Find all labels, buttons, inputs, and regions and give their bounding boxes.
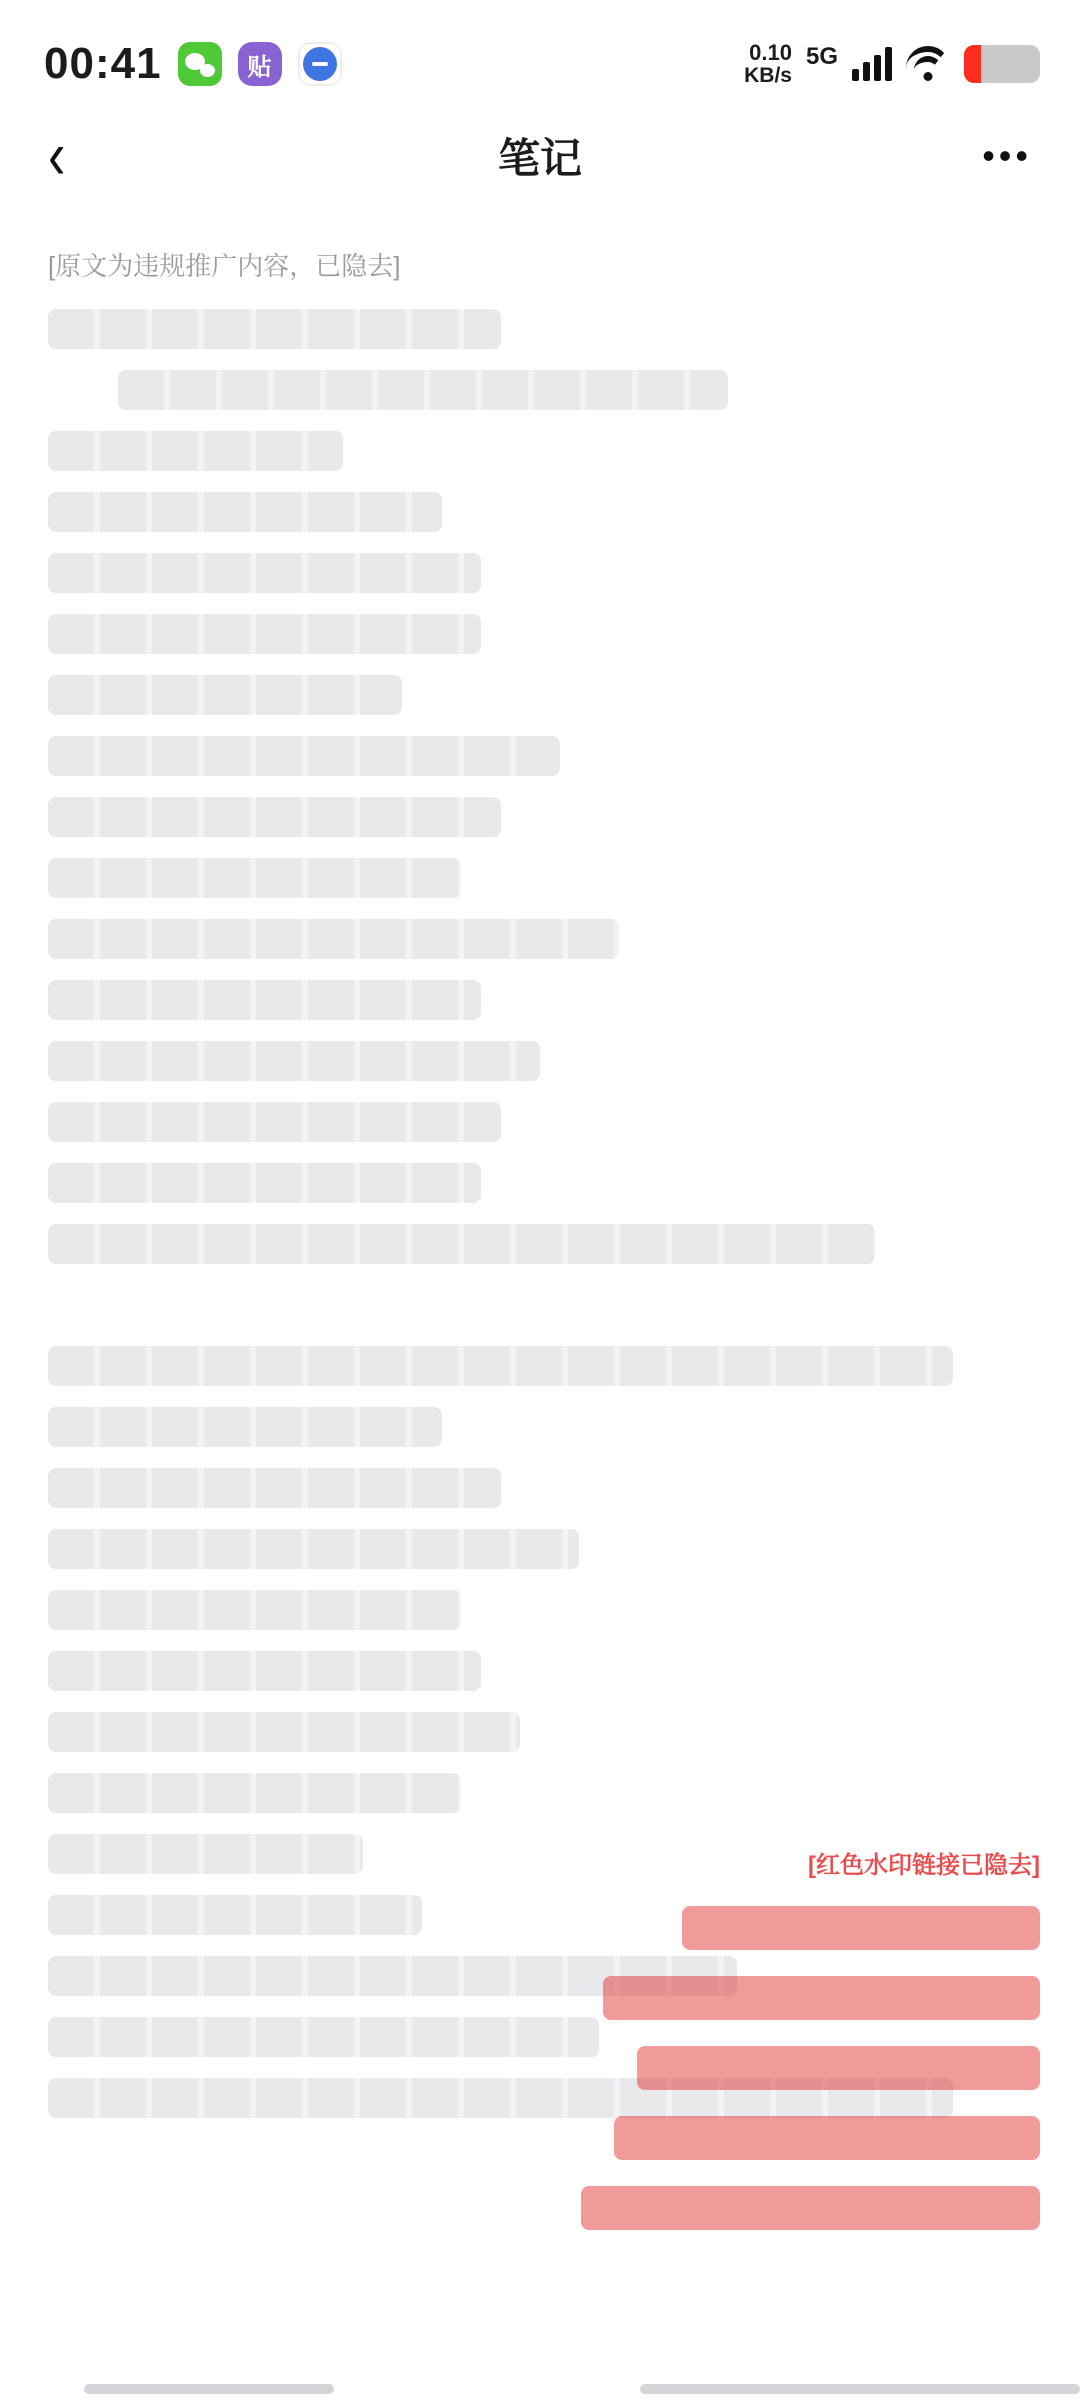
clock: 00:41 <box>44 39 162 89</box>
scroll-indicator <box>84 2384 334 2394</box>
redacted-line <box>48 736 560 776</box>
redacted-line <box>48 1224 875 1264</box>
redacted-line <box>48 1590 461 1630</box>
more-menu-button[interactable]: ••• <box>972 135 1032 177</box>
redacted-line <box>48 1956 737 1996</box>
redacted-line <box>48 1773 461 1813</box>
scroll-indicator <box>640 2384 1080 2394</box>
redacted-line <box>48 675 402 715</box>
wechat-icon <box>178 42 222 86</box>
redacted-line <box>48 1895 422 1935</box>
status-left: 00:41 贴 <box>44 39 342 89</box>
redacted-line <box>48 1102 501 1142</box>
redaction-notice: [原文为违规推广内容，已隐去] <box>48 246 1032 283</box>
redacted-line <box>48 1651 481 1691</box>
redacted-line <box>48 797 501 837</box>
status-right: 0.10 KB/s 5G <box>744 41 1040 86</box>
redacted-line <box>48 858 461 898</box>
redacted-text-lines <box>48 309 1032 2118</box>
battery-icon <box>964 45 1040 83</box>
redacted-line <box>48 614 481 654</box>
redacted-line <box>48 309 501 349</box>
tieba-icon: 贴 <box>238 42 282 86</box>
redacted-line <box>48 1041 540 1081</box>
redacted-line <box>48 553 481 593</box>
redacted-line <box>48 1468 501 1508</box>
redacted-line <box>48 2017 599 2057</box>
redacted-line <box>48 980 481 1020</box>
redacted-line <box>48 1529 579 1569</box>
wifi-icon <box>906 46 950 82</box>
redacted-line <box>48 919 619 959</box>
back-button[interactable]: ‹ <box>48 122 108 190</box>
redacted-line <box>48 2078 953 2118</box>
redacted-line <box>118 370 728 410</box>
redacted-line <box>48 1712 520 1752</box>
redacted-line <box>48 1346 953 1386</box>
nav-bar: ‹ 笔记 ••• <box>0 110 1080 202</box>
redacted-line <box>48 1407 442 1447</box>
bottom-scroll-indicators <box>0 2384 1080 2394</box>
redacted-watermark-line <box>581 2186 1040 2230</box>
redacted-line <box>48 431 343 471</box>
page-title: 笔记 <box>108 126 972 186</box>
redacted-line <box>48 492 442 532</box>
signal-strength-icon <box>852 47 892 81</box>
note-body: [原文为违规推广内容，已隐去] <box>0 202 1080 2118</box>
network-type-label: 5G <box>806 43 838 71</box>
network-speed: 0.10 KB/s <box>744 41 792 86</box>
status-bar: 00:41 贴 0.10 KB/s 5G <box>0 0 1080 110</box>
redacted-line <box>48 1163 481 1203</box>
redacted-line <box>48 1834 363 1874</box>
blue-app-icon <box>298 42 342 86</box>
redacted-watermark-line <box>614 2116 1040 2160</box>
